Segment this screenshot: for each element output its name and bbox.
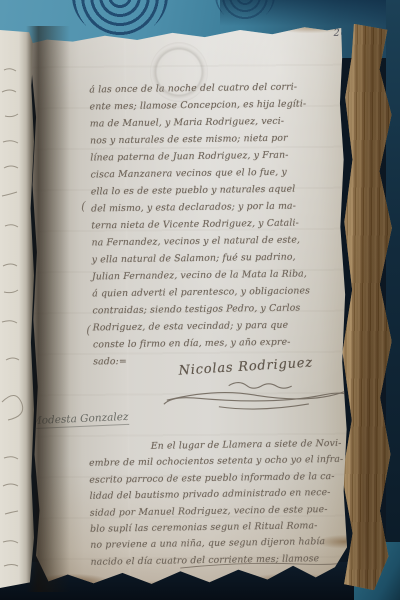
facing-page-text-fragments (0, 30, 34, 588)
manuscript-line: conste lo firmo en día, mes, y año expre… (93, 333, 311, 353)
margin-entry-name: Modesta Gonzalez (31, 411, 129, 429)
margin-mark: ( (86, 323, 91, 337)
margin-mark: ( (81, 199, 86, 213)
manuscript-photo: 26. á las once de la noche del cuatro de… (0, 0, 400, 600)
manuscript-page: 26. á las once de la noche del cuatro de… (28, 25, 355, 590)
baptism-entry-concepcion: á las once de la noche del cuatro del co… (89, 78, 311, 370)
fabric-spiral-motif (72, 0, 168, 38)
signature-rubric-flourish (159, 377, 359, 413)
fabric-spiral-motif-small (215, 0, 275, 22)
fabric-right-edge (386, 0, 400, 600)
facing-page-edge (0, 30, 34, 588)
baptism-entry-modesta: En el lugar de Llamera a siete de Novi-e… (89, 436, 345, 571)
